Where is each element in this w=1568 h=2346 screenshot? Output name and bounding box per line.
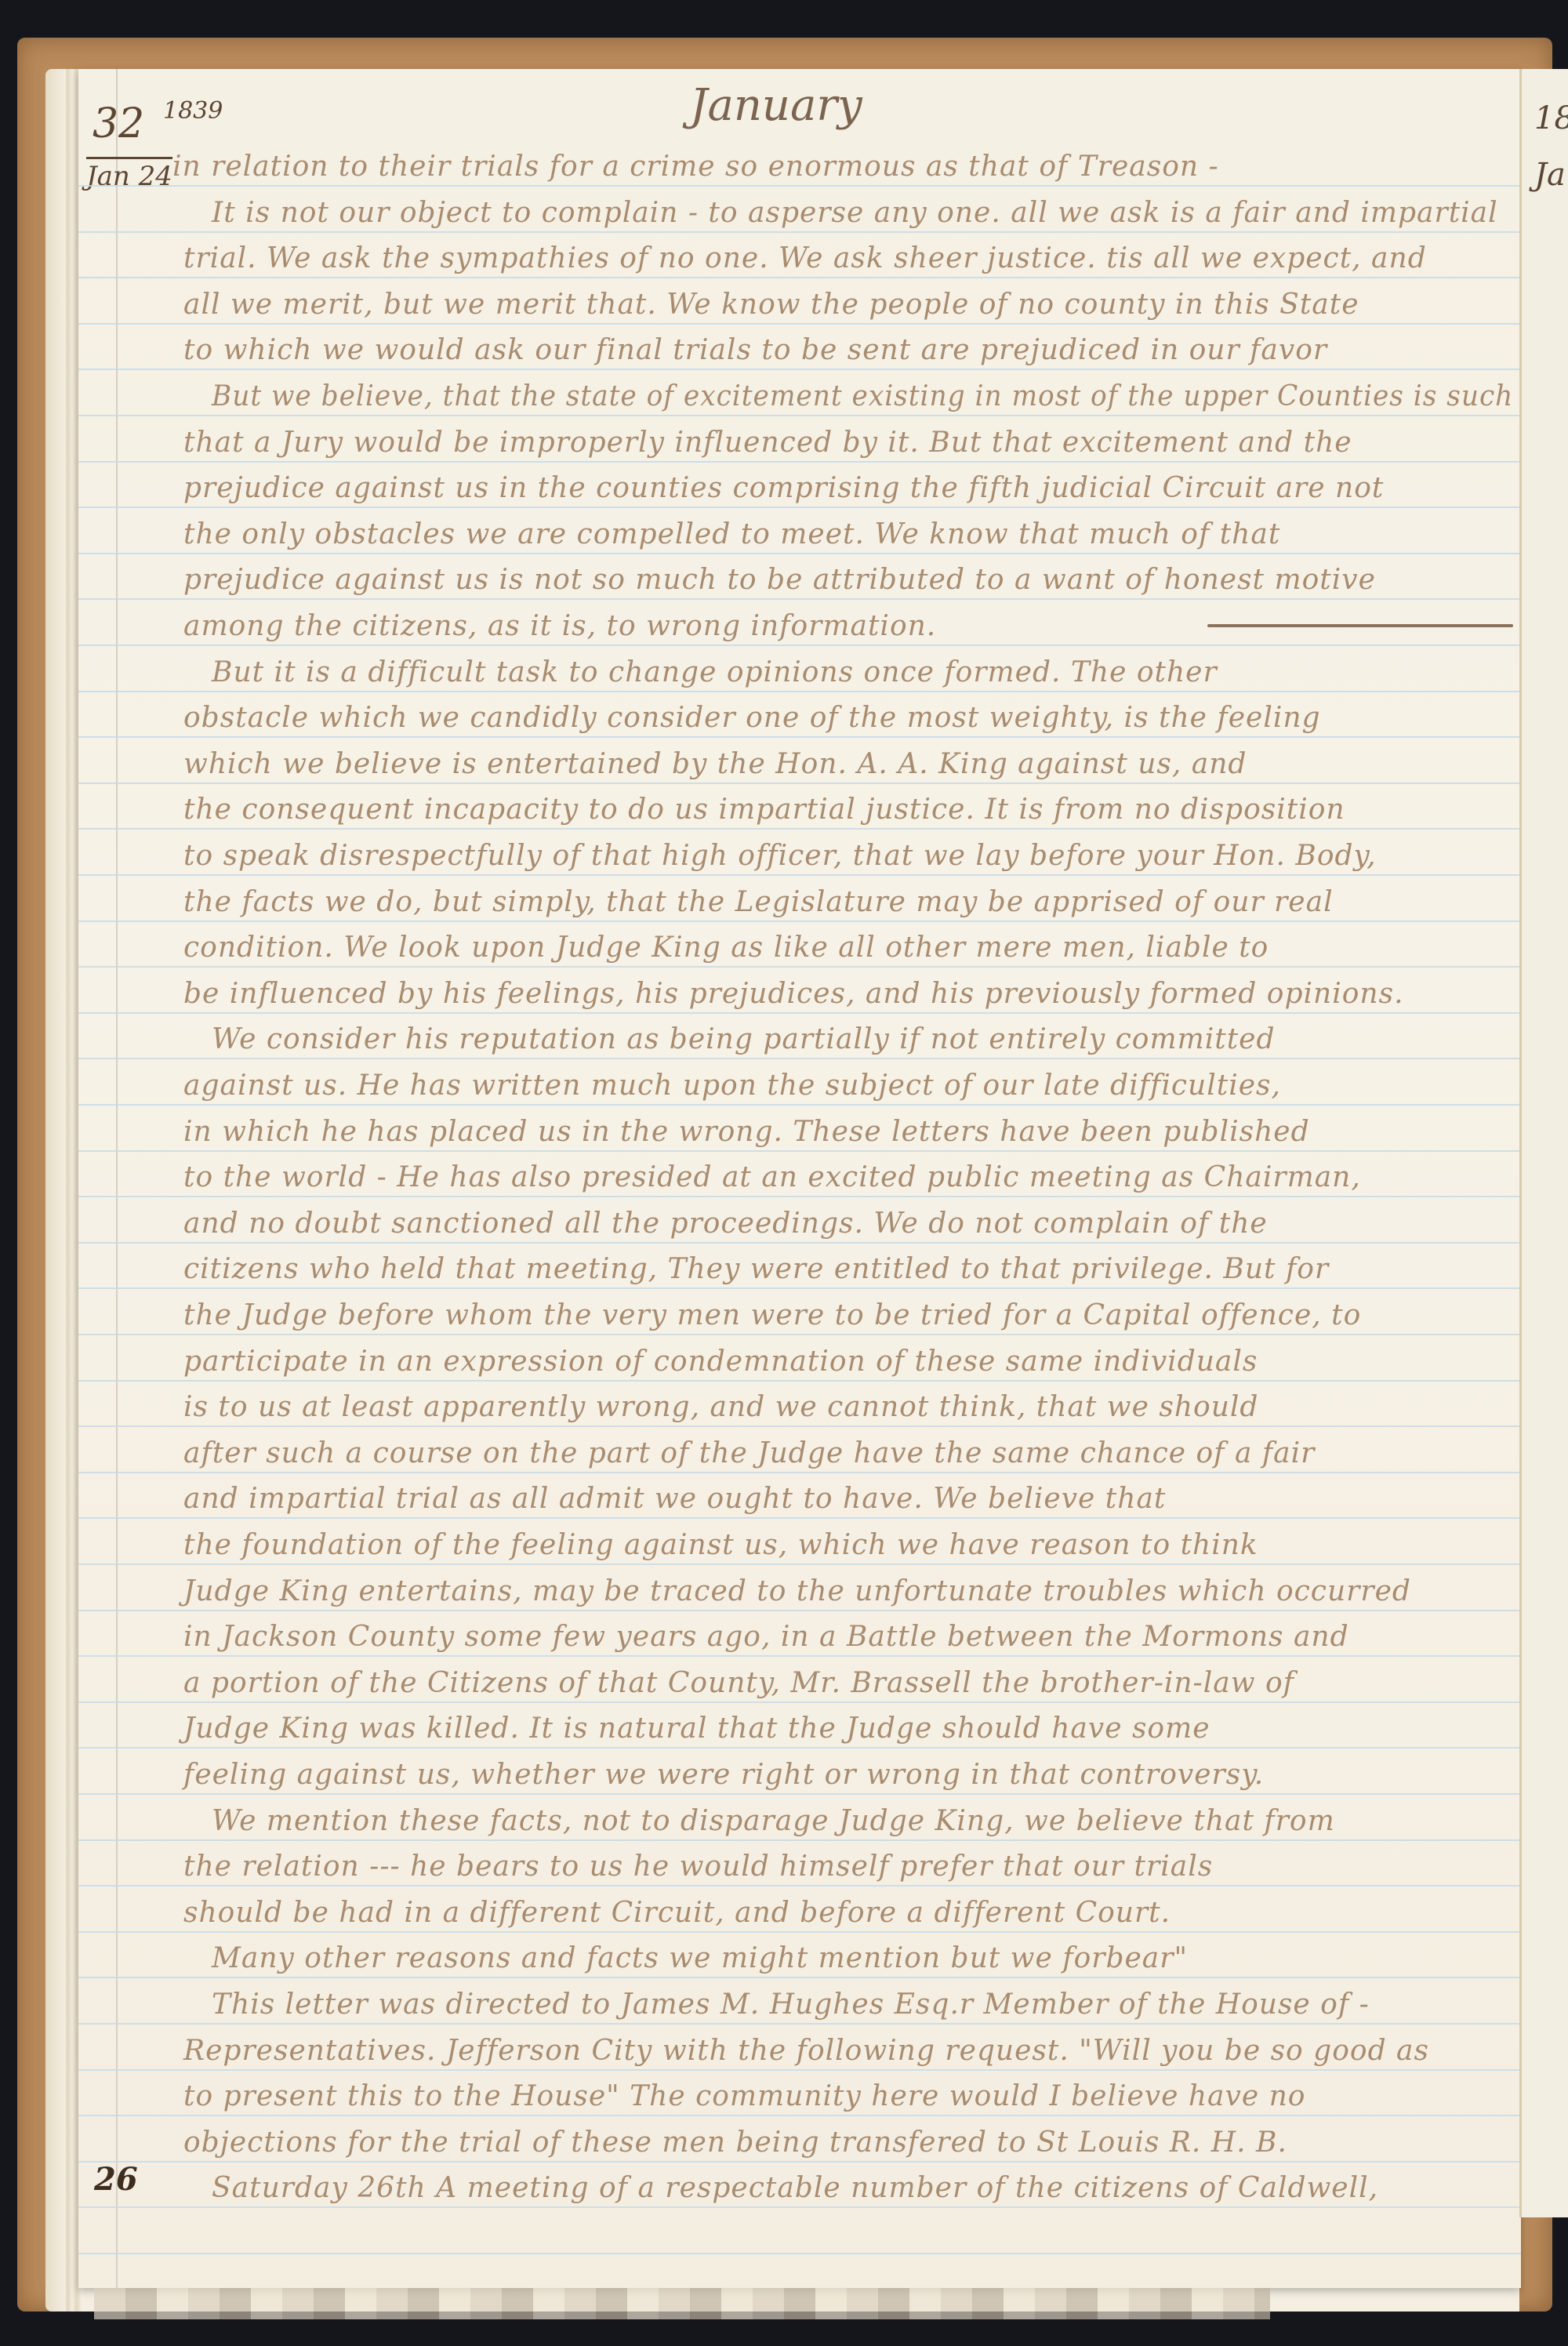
manuscript-line: Judge King was killed. It is natural tha… xyxy=(183,1712,1210,1745)
ruled-line xyxy=(78,2069,1521,2071)
manuscript-line: It is not our object to complain - to as… xyxy=(212,197,1498,229)
margin-date: Jan 24 xyxy=(86,157,172,192)
ruled-line xyxy=(78,1242,1521,1244)
manuscript-line: be influenced by his feelings, his preju… xyxy=(183,978,1404,1010)
manuscript-line: We consider his reputation as being part… xyxy=(212,1023,1276,1055)
manuscript-line: to present this to the House" The commun… xyxy=(183,2080,1305,2112)
manuscript-line: to speak disrespectfully of that high of… xyxy=(183,840,1377,872)
ruled-line xyxy=(78,1793,1521,1795)
ruled-line xyxy=(78,691,1521,692)
manuscript-line: objections for the trial of these men be… xyxy=(183,2126,1287,2159)
manuscript-line: among the citizens, as it is, to wrong i… xyxy=(183,610,936,642)
ruled-line xyxy=(78,1977,1521,1978)
manuscript-line: after such a course on the part of the J… xyxy=(183,1437,1315,1469)
ruled-line xyxy=(78,2115,1521,2116)
manuscript-line: should be had in a different Circuit, an… xyxy=(183,1897,1171,1929)
manuscript-line: feeling against us, whether we were righ… xyxy=(183,1759,1264,1791)
next-page-year-fragment: 18 xyxy=(1534,100,1568,136)
ruled-line xyxy=(78,461,1521,463)
next-page-edge: 18 Ja xyxy=(1519,69,1568,2217)
manuscript-line: trial. We ask the sympathies of no one. … xyxy=(183,242,1427,274)
manuscript-line: against us. He has written much upon the… xyxy=(183,1069,1281,1102)
ruled-line xyxy=(78,598,1521,600)
month-heading: January xyxy=(690,80,862,131)
manuscript-line: in which he has placed us in the wrong. … xyxy=(183,1116,1310,1148)
ruled-line xyxy=(78,921,1521,922)
manuscript-line: But we believe, that the state of excite… xyxy=(212,380,1513,412)
ruled-line xyxy=(78,553,1521,554)
ruled-line xyxy=(78,277,1521,278)
ruled-line xyxy=(78,2161,1521,2163)
ruled-line xyxy=(78,1563,1521,1565)
journal-page: January 32 1839 Jan 24 26 in relation to… xyxy=(78,69,1521,2288)
manuscript-line: to which we would ask our final trials t… xyxy=(183,334,1327,366)
next-page-month-fragment: Ja xyxy=(1534,157,1566,193)
manuscript-line: the only obstacles we are compelled to m… xyxy=(183,518,1280,550)
ruled-line xyxy=(78,828,1521,830)
ink-dash-stroke xyxy=(1207,624,1513,627)
manuscript-line: the facts we do, but simply, that the Le… xyxy=(183,886,1334,918)
manuscript-line: prejudice against us in the counties com… xyxy=(183,472,1384,504)
ruled-line xyxy=(78,1425,1521,1427)
ruled-line xyxy=(78,1517,1521,1519)
ruled-line xyxy=(78,1150,1521,1152)
ruled-line xyxy=(78,2253,1521,2254)
manuscript-line: and no doubt sanctioned all the proceedi… xyxy=(183,1207,1268,1240)
ruled-line xyxy=(78,1058,1521,1059)
manuscript-line: in relation to their trials for a crime … xyxy=(172,151,1219,183)
manuscript-line: Judge King entertains, may be traced to … xyxy=(183,1575,1411,1607)
manuscript-line: is to us at least apparently wrong, and … xyxy=(183,1391,1258,1423)
manuscript-line: that a Jury would be improperly influenc… xyxy=(183,427,1352,459)
ruled-line xyxy=(78,1472,1521,1473)
day-marker: 26 xyxy=(94,2161,138,2198)
ruled-line xyxy=(78,1196,1521,1197)
manuscript-line: and impartial trial as all admit we ough… xyxy=(183,1483,1166,1515)
ruled-line xyxy=(78,2023,1521,2025)
ruled-line xyxy=(78,1931,1521,1933)
manuscript-line: the relation --- he bears to us he would… xyxy=(183,1850,1213,1883)
ruled-line xyxy=(78,1610,1521,1611)
ruled-line xyxy=(78,1012,1521,1014)
ruled-line xyxy=(78,415,1521,416)
ruled-line xyxy=(78,783,1521,784)
manuscript-line: citizens who held that meeting, They wer… xyxy=(183,1253,1329,1285)
ruled-line xyxy=(78,874,1521,876)
ruled-line xyxy=(78,1701,1521,1703)
ruled-line xyxy=(78,1839,1521,1841)
page-number: 32 xyxy=(93,100,144,147)
manuscript-line: But it is a difficult task to change opi… xyxy=(212,656,1218,688)
ruled-line xyxy=(78,507,1521,508)
manuscript-line: which we believe is entertained by the H… xyxy=(183,748,1247,780)
manuscript-line: to the world - He has also presided at a… xyxy=(183,1161,1361,1193)
ruled-line xyxy=(78,323,1521,325)
manuscript-line: This letter was directed to James M. Hug… xyxy=(212,1988,1370,2021)
ruled-line xyxy=(78,1380,1521,1382)
manuscript-line: all we merit, but we merit that. We know… xyxy=(183,289,1359,321)
manuscript-line: the Judge before whom the very men were … xyxy=(183,1299,1361,1331)
manuscript-line: in Jackson County some few years ago, in… xyxy=(183,1621,1349,1653)
ruled-line xyxy=(78,2206,1521,2208)
left-margin-line xyxy=(116,69,118,2288)
ruled-line xyxy=(78,645,1521,646)
manuscript-line: Many other reasons and facts we might me… xyxy=(212,1942,1188,1974)
manuscript-line: participate in an expression of condemna… xyxy=(183,1345,1258,1378)
ruled-line xyxy=(78,1287,1521,1289)
ruled-line xyxy=(78,1885,1521,1887)
manuscript-line: a portion of the Citizens of that County… xyxy=(183,1667,1294,1699)
manuscript-line: obstacle which we candidly consider one … xyxy=(183,702,1321,734)
ruled-line xyxy=(78,231,1521,233)
manuscript-line: Saturday 26th A meeting of a respectable… xyxy=(212,2172,1378,2204)
manuscript-line: Representatives. Jefferson City with the… xyxy=(183,2035,1429,2067)
ruled-line xyxy=(78,966,1521,968)
ruled-line xyxy=(78,1104,1521,1106)
ruled-line xyxy=(78,736,1521,738)
ruled-line xyxy=(78,1334,1521,1335)
ruled-line xyxy=(78,369,1521,370)
manuscript-line: prejudice against us is not so much to b… xyxy=(183,564,1376,596)
torn-page-bottom xyxy=(94,2288,1270,2319)
manuscript-line: We mention these facts, not to disparage… xyxy=(212,1805,1335,1837)
manuscript-line: the foundation of the feeling against us… xyxy=(183,1529,1258,1561)
manuscript-line: condition. We look upon Judge King as li… xyxy=(183,931,1269,964)
manuscript-line: the consequent incapacity to do us impar… xyxy=(183,793,1345,826)
ruled-line xyxy=(78,1655,1521,1657)
ruled-line xyxy=(78,1747,1521,1749)
year-note: 1839 xyxy=(163,97,223,125)
ruled-line xyxy=(78,185,1521,187)
